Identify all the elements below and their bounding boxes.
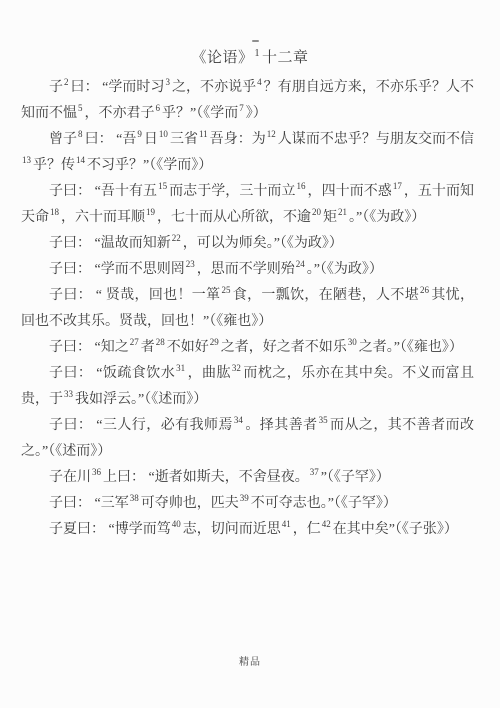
footnote-ref-33: 33 bbox=[64, 389, 73, 399]
footnote-ref-25: 25 bbox=[221, 285, 230, 295]
footnote-ref-26: 26 bbox=[420, 285, 429, 295]
footnote-ref-16: 16 bbox=[297, 181, 306, 191]
footnote-ref-35: 35 bbox=[319, 415, 328, 425]
footnote-ref-32: 32 bbox=[232, 363, 241, 373]
footnote-ref-36: 36 bbox=[92, 467, 101, 477]
footnote-ref-27: 27 bbox=[130, 337, 139, 347]
footnote-ref-6: 6 bbox=[156, 103, 161, 113]
footnote-ref-40: 40 bbox=[172, 519, 181, 529]
footnote-ref-30: 30 bbox=[348, 337, 357, 347]
footnote-ref-34: 34 bbox=[234, 415, 243, 425]
paragraph-11: 子曰： “三军38可夺帅也，匹夫39不可夺志也。”（《子罕》） bbox=[21, 491, 474, 517]
footnote-ref-12: 12 bbox=[267, 129, 276, 139]
paragraph-10: 子在川36上曰： “逝者如斯夫，不舍昼夜。37”（《子罕》） bbox=[21, 465, 474, 491]
footnote-ref-39: 39 bbox=[240, 493, 249, 503]
footnote-ref-3: 3 bbox=[165, 77, 170, 87]
paragraph-12: 子夏曰： “博学而笃40志，切问而近思41，仁42在其中矣”（《子张》） bbox=[21, 517, 474, 543]
paragraph-3: 子曰： “吾十有五15而志于学，三十而立16，四十而不惑17，五十而知天命18，… bbox=[21, 179, 474, 231]
paragraph-6: 子曰： “ 贤哉，回也！一箪25食，一瓢饮，在陋巷，人不堪26其忧，回也不改其乐… bbox=[21, 283, 474, 335]
paragraph-7: 子曰： “知之27者28不如好29之者，好之者不如乐30之者。”（《雍也》） bbox=[21, 335, 474, 361]
paragraph-4: 子曰： “温故而知新22，可以为师矣。”（《为政》） bbox=[21, 231, 474, 257]
footnote-ref-7: 7 bbox=[239, 103, 244, 113]
footnote-ref-21: 21 bbox=[338, 207, 347, 217]
document-page: 《论语》1十二章 子2曰： “学而时习3之，不亦说乎4？有朋自远方来，不亦乐乎？… bbox=[0, 0, 500, 708]
footnote-ref-20: 20 bbox=[312, 207, 321, 217]
footer-label: 精品 bbox=[0, 653, 500, 668]
footnote-ref-19: 19 bbox=[146, 207, 155, 217]
paragraph-5: 子曰： “学而不思则罔23，思而不学则殆24。”（《为政》） bbox=[21, 257, 474, 283]
footnote-ref-37: 37 bbox=[310, 467, 319, 477]
footnote-ref-28: 28 bbox=[156, 337, 165, 347]
footnote-ref-42: 42 bbox=[322, 519, 331, 529]
paragraph-9: 子曰： “三人行，必有我师焉34。择其善者35而从之，其不善者而改之。”（《述而… bbox=[21, 413, 474, 465]
footnote-ref-22: 22 bbox=[172, 233, 181, 243]
footnote-ref-9: 9 bbox=[137, 129, 142, 139]
footnote-ref-10: 10 bbox=[159, 129, 168, 139]
footnote-ref-15: 15 bbox=[158, 181, 167, 191]
footnote-ref-24: 24 bbox=[296, 259, 305, 269]
paragraph-2: 曾子8曰： “吾9日10三省11吾身：为12人谋而不忠乎？与朋友交而不信13乎？… bbox=[21, 127, 474, 179]
footnote-ref-23: 23 bbox=[186, 259, 195, 269]
footnote-ref-5: 5 bbox=[78, 103, 83, 113]
paragraph-8: 子曰： “饭疏食饮水31，曲肱32而枕之，乐亦在其中矣。不义而富且贵，于33我如… bbox=[21, 361, 474, 413]
footnote-ref-38: 38 bbox=[130, 493, 139, 503]
footnote-ref-17: 17 bbox=[393, 181, 402, 191]
footnote-ref-1: 1 bbox=[255, 48, 261, 59]
footnote-ref-31: 31 bbox=[176, 363, 185, 373]
footnote-ref-41: 41 bbox=[282, 519, 291, 529]
paragraph-1: 子2曰： “学而时习3之，不亦说乎4？有朋自远方来，不亦乐乎？人不知而不愠5，不… bbox=[21, 75, 474, 127]
footnote-ref-13: 13 bbox=[22, 155, 31, 165]
document-body: 子2曰： “学而时习3之，不亦说乎4？有朋自远方来，不亦乐乎？人不知而不愠5，不… bbox=[21, 75, 474, 543]
scan-artifact-mark bbox=[252, 40, 259, 42]
footnote-ref-11: 11 bbox=[199, 129, 208, 139]
document-title: 《论语》1十二章 bbox=[0, 44, 500, 72]
footnote-ref-4: 4 bbox=[257, 77, 262, 87]
footnote-ref-29: 29 bbox=[210, 337, 219, 347]
footnote-ref-8: 8 bbox=[78, 129, 83, 139]
footnote-ref-14: 14 bbox=[76, 155, 85, 165]
footnote-ref-2: 2 bbox=[64, 77, 69, 87]
footnote-ref-18: 18 bbox=[50, 207, 59, 217]
